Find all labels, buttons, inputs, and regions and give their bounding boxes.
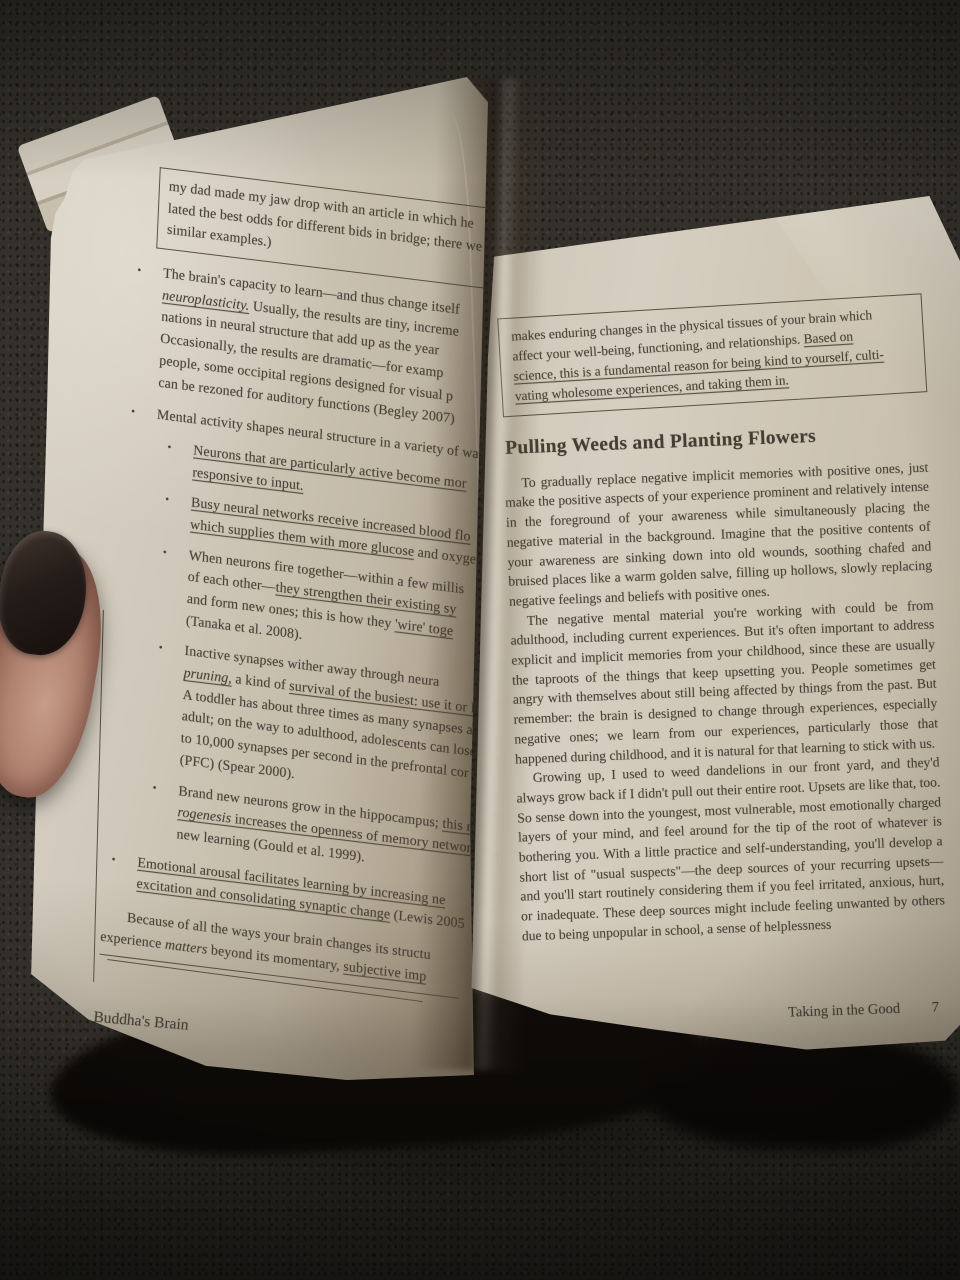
annotated-box-right-top: makes enduring changes in the physical t… xyxy=(497,293,927,417)
right-page: makes enduring changes in the physical t… xyxy=(448,182,960,1060)
page-number: 7 xyxy=(931,999,939,1015)
bullet-marker: • xyxy=(131,404,136,422)
paragraph: To gradually replace negative implicit m… xyxy=(504,457,933,611)
bullet-marker: • xyxy=(165,492,170,510)
bullet-marker: • xyxy=(137,262,142,280)
photo-scene: my dad made my jaw drop with an article … xyxy=(0,0,960,1280)
paragraph: The negative mental material you're work… xyxy=(509,595,939,769)
bullet-marker: • xyxy=(167,439,172,457)
left-page-text: my dad made my jaw drop with an article … xyxy=(99,164,503,1006)
right-page-footer: Taking in the Good 7 xyxy=(788,999,940,1021)
paragraph: Growing up, I used to weed dandelions in… xyxy=(515,753,945,946)
bullet-marker: • xyxy=(158,640,163,658)
bullet-marker: • xyxy=(111,851,116,869)
right-page-text: makes enduring changes in the physical t… xyxy=(498,298,946,946)
bullet-marker: • xyxy=(163,544,168,562)
running-head: Taking in the Good xyxy=(788,1001,901,1021)
bullet-text: The brain's capacity to learn—and thus c… xyxy=(158,263,499,435)
bullet-text: Inactive synapses wither away through ne… xyxy=(179,641,482,808)
bullet-marker: • xyxy=(152,779,157,797)
section-heading: Pulling Weeds and Planting Flowers xyxy=(505,419,928,463)
